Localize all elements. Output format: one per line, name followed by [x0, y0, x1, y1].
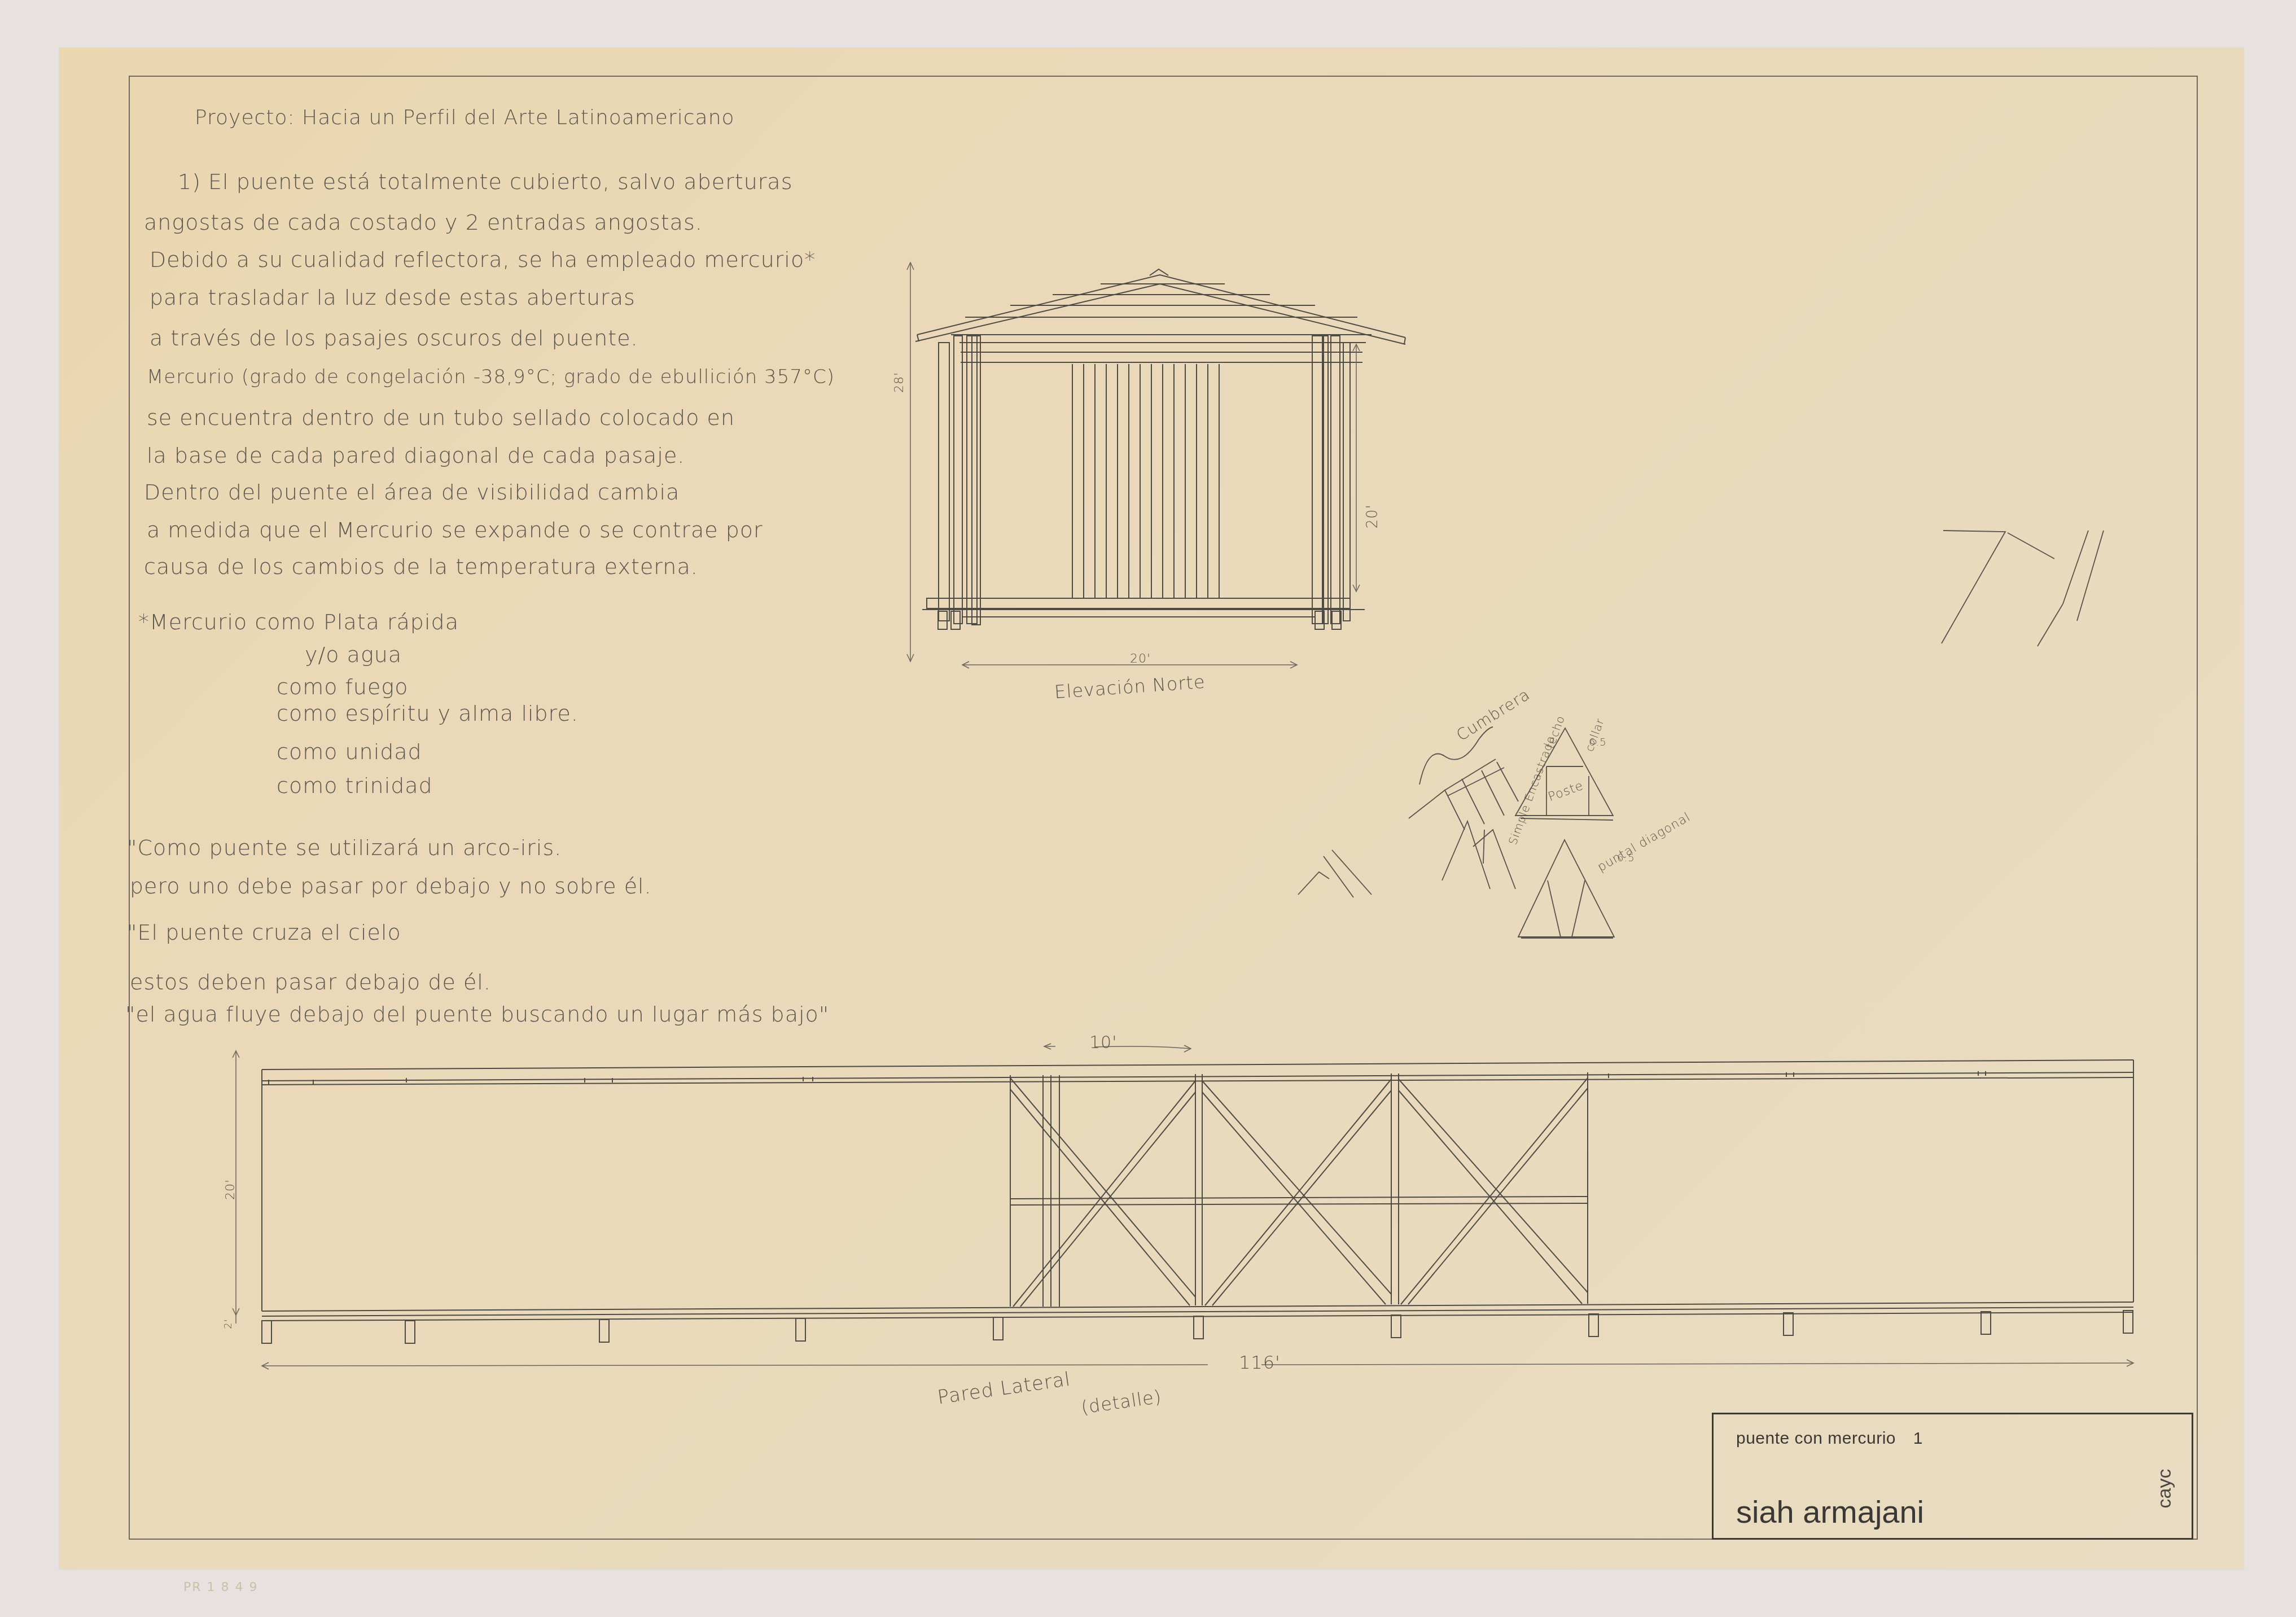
dimension-length: 116': [1239, 1352, 1281, 1373]
title-block: puente con mercurio 1 siah armajani cayc: [1712, 1413, 2193, 1540]
title-block-title: puente con mercurio 1: [1736, 1429, 1923, 1448]
work-title: puente con mercurio: [1736, 1429, 1896, 1448]
side-wall-elevation: [0, 0, 2296, 1617]
publisher-mark: cayc: [2154, 1469, 2176, 1509]
dimension-base: 2': [222, 1318, 234, 1329]
faded-stamp: PR 1 8 4 9: [183, 1580, 258, 1594]
author-name: siah armajani: [1736, 1493, 1924, 1530]
dimension-wall-height: 20': [224, 1179, 238, 1200]
dimension-bay: 10': [1089, 1033, 1117, 1053]
sheet-number: 1: [1913, 1429, 1923, 1448]
